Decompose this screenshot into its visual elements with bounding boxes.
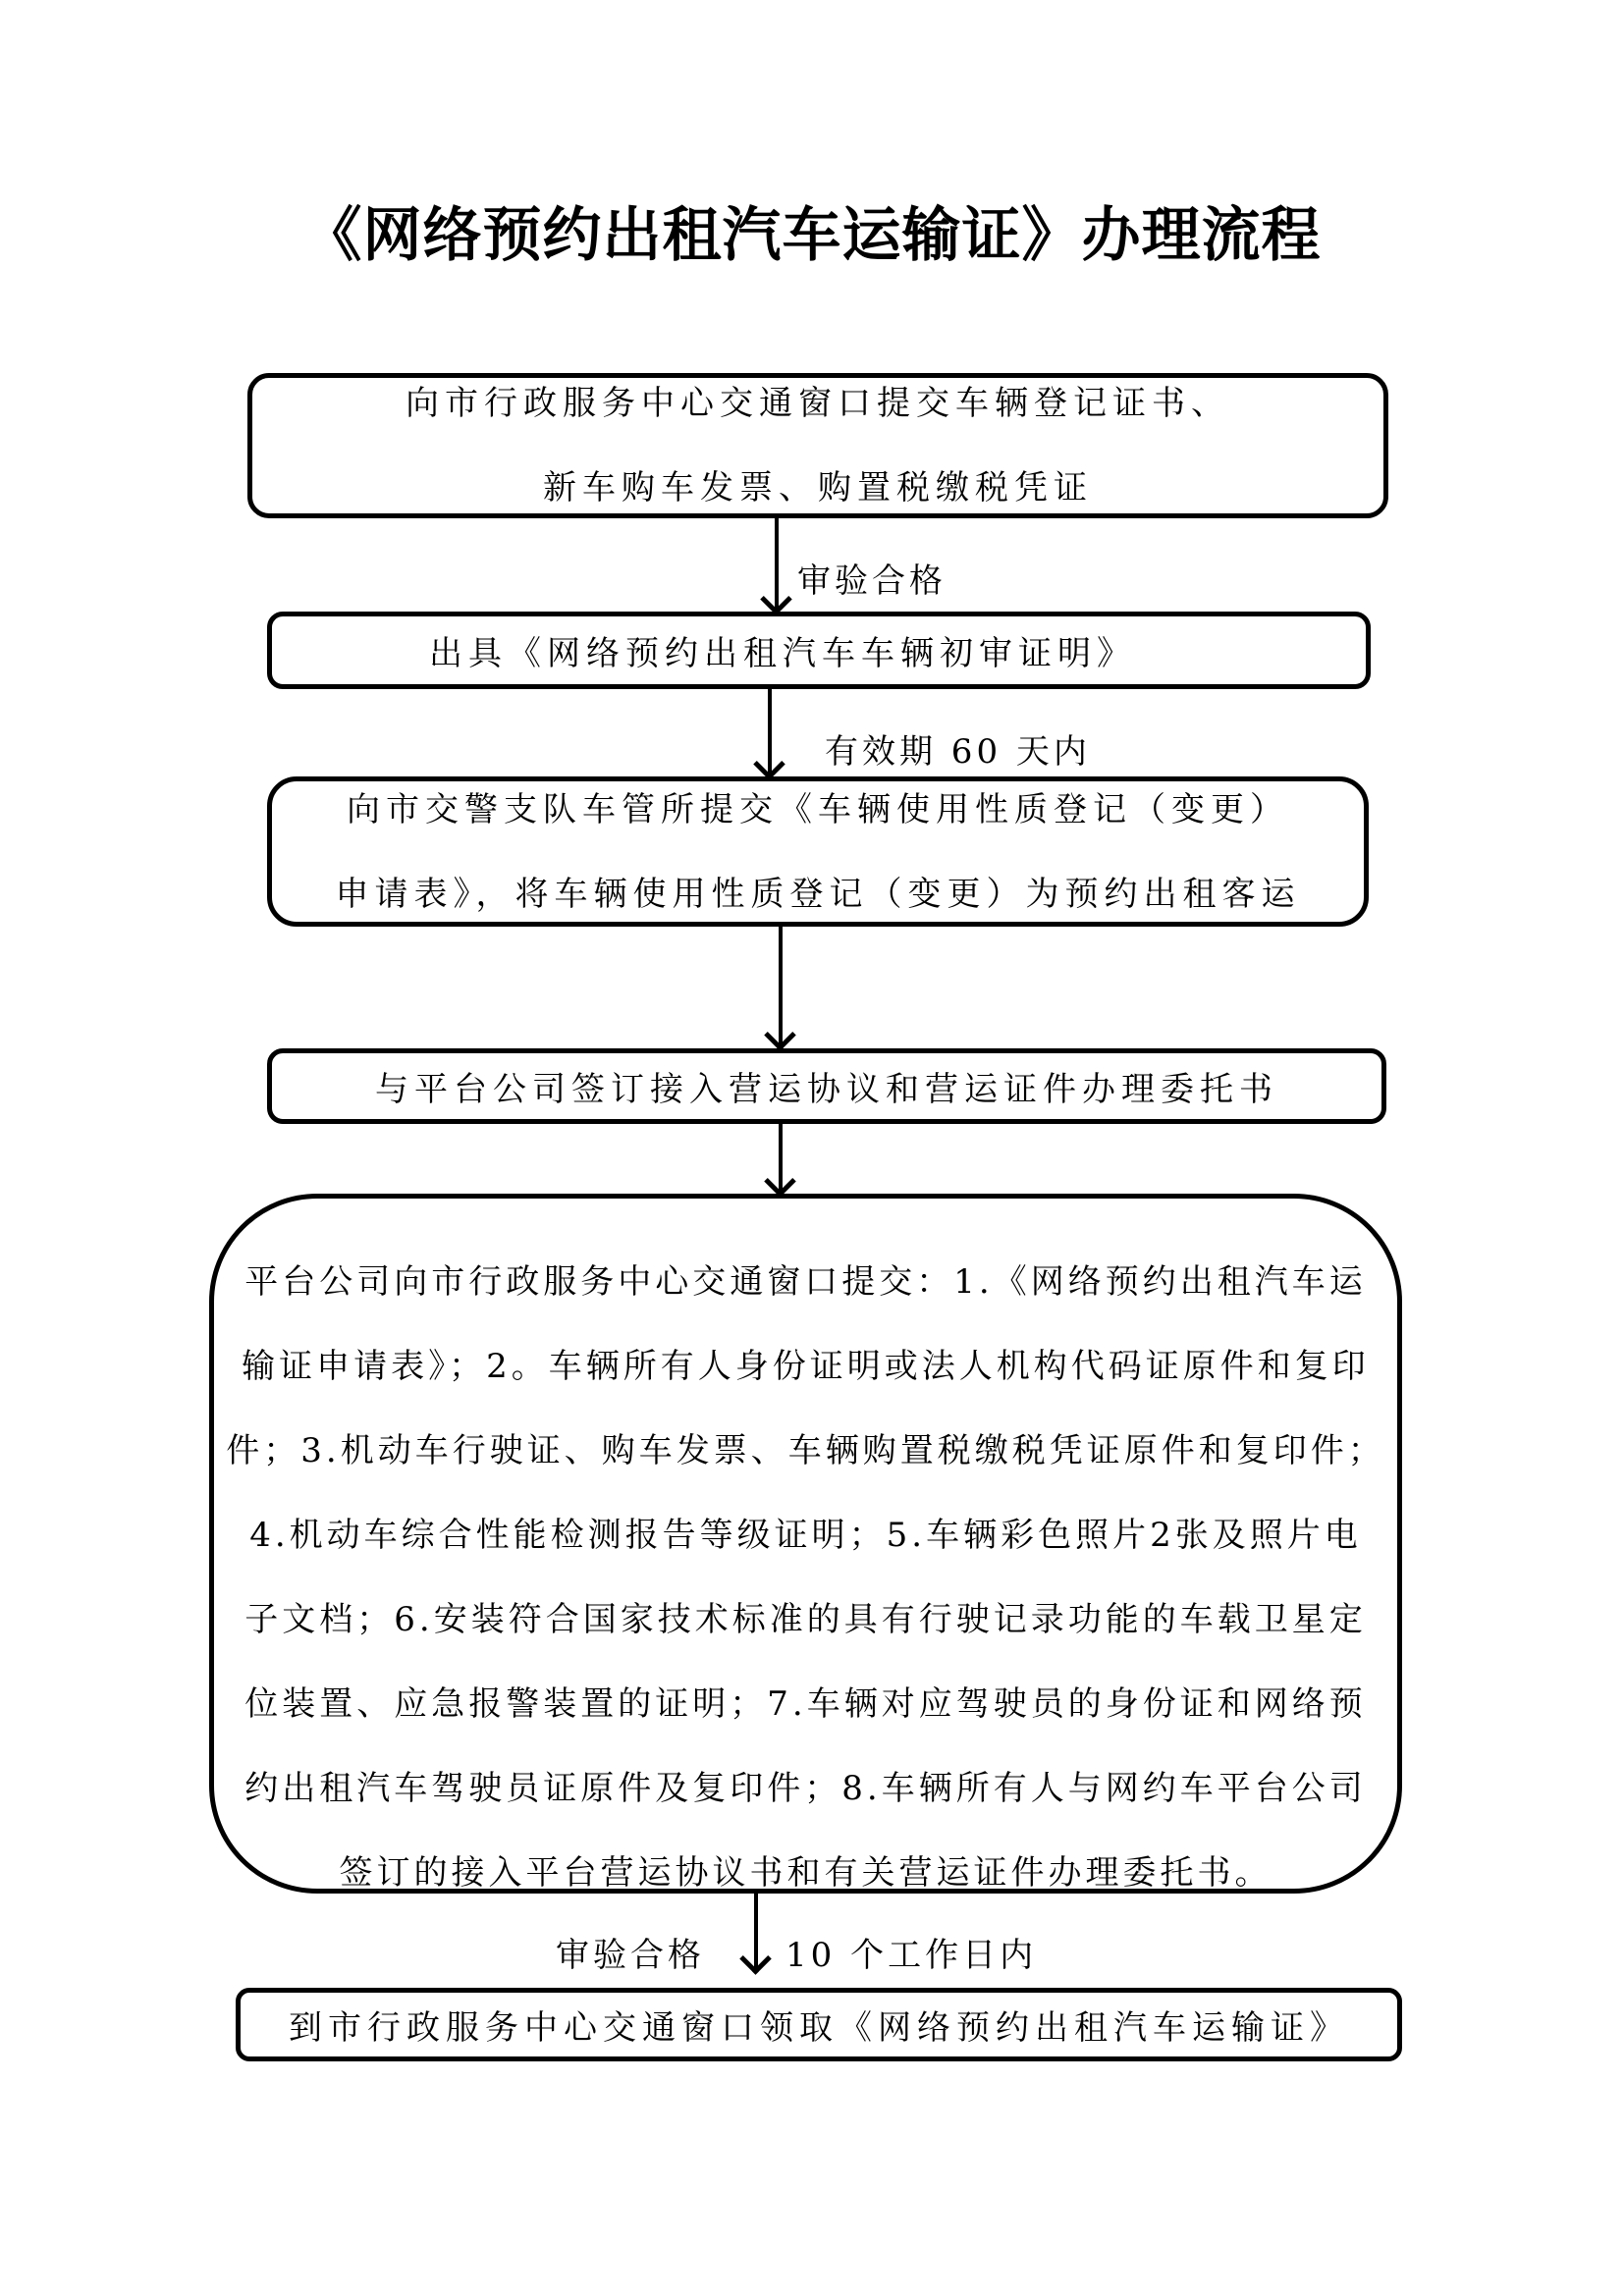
down-arrow-icon <box>779 927 783 1044</box>
flow-step-submit-documents: 向市行政服务中心交通窗口提交车辆登记证书、 新车购车发票、购置税缴税凭证 <box>247 373 1388 518</box>
flow-step-collect-transport-certificate: 到市行政服务中心交通窗口领取《网络预约出租汽车运输证》 <box>236 1988 1402 2061</box>
step-text-line: 向市交警支队车管所提交《车辆使用性质登记（变更） <box>347 768 1289 852</box>
down-arrow-icon <box>775 518 779 609</box>
connector-label-validity: 有效期 60 天内 <box>825 732 1091 772</box>
step-text-line: 位装置、应急报警装置的证明；7.车辆对应驾驶员的身份证和网络预 <box>244 1662 1366 1746</box>
step-text-line: 出具《网络预约出租汽车车辆初审证明》 <box>429 626 1136 674</box>
step-text-line: 件；3.机动车行驶证、购车发票、车辆购置税缴税凭证原件和复印件； <box>226 1409 1384 1493</box>
flow-step-issue-preliminary-certificate: 出具《网络预约出租汽车车辆初审证明》 <box>267 612 1371 689</box>
step-text-line: 约出租汽车驾驶员证原件及复印件；8.车辆所有人与网约车平台公司 <box>244 1746 1366 1831</box>
step-text-line: 到市行政服务中心交通窗口领取《网络预约出租汽车运输证》 <box>289 2001 1349 2049</box>
down-arrow-icon <box>754 1894 758 1968</box>
down-arrow-icon <box>768 689 772 774</box>
page-title: 《网络预约出租汽车运输证》办理流程 <box>0 196 1624 275</box>
step-text-line: 新车购车发票、购置税缴税凭证 <box>543 446 1093 530</box>
step-text-line: 向市行政服务中心交通窗口提交车辆登记证书、 <box>406 361 1230 446</box>
connector-label-approved: 审验合格 <box>556 1936 705 1975</box>
flow-step-sign-platform-agreement: 与平台公司签订接入营运协议和营运证件办理委托书 <box>267 1048 1386 1124</box>
flow-step-platform-submission-list: 平台公司向市行政服务中心交通窗口提交：1.《网络预约出租汽车运 输证申请表》；2… <box>209 1194 1402 1894</box>
connector-label-approved: 审验合格 <box>797 561 947 601</box>
step-text-line: 签订的接入平台营运协议书和有关营运证件办理委托书。 <box>340 1831 1272 1915</box>
step-text-line: 申请表》，将车辆使用性质登记（变更）为预约出租客运 <box>336 852 1301 936</box>
step-text-line: 子文档；6.安装符合国家技术标准的具有行驶记录功能的车载卫星定 <box>244 1577 1366 1662</box>
step-text-line: 4.机动车综合性能检测报告等级证明；5.车辆彩色照片2张及照片电 <box>249 1493 1362 1577</box>
step-text-line: 与平台公司签订接入营运协议和营运证件办理委托书 <box>375 1062 1278 1110</box>
down-arrow-icon <box>779 1124 783 1191</box>
flow-step-vehicle-registration-change: 向市交警支队车管所提交《车辆使用性质登记（变更） 申请表》，将车辆使用性质登记（… <box>267 776 1369 927</box>
step-text-line: 输证申请表》；2。车辆所有人身份证明或法人机构代码证原件和复印 <box>242 1324 1370 1409</box>
step-text-line: 平台公司向市行政服务中心交通窗口提交：1.《网络预约出租汽车运 <box>244 1240 1366 1324</box>
connector-label-working-days: 10 个工作日内 <box>785 1936 1037 1975</box>
